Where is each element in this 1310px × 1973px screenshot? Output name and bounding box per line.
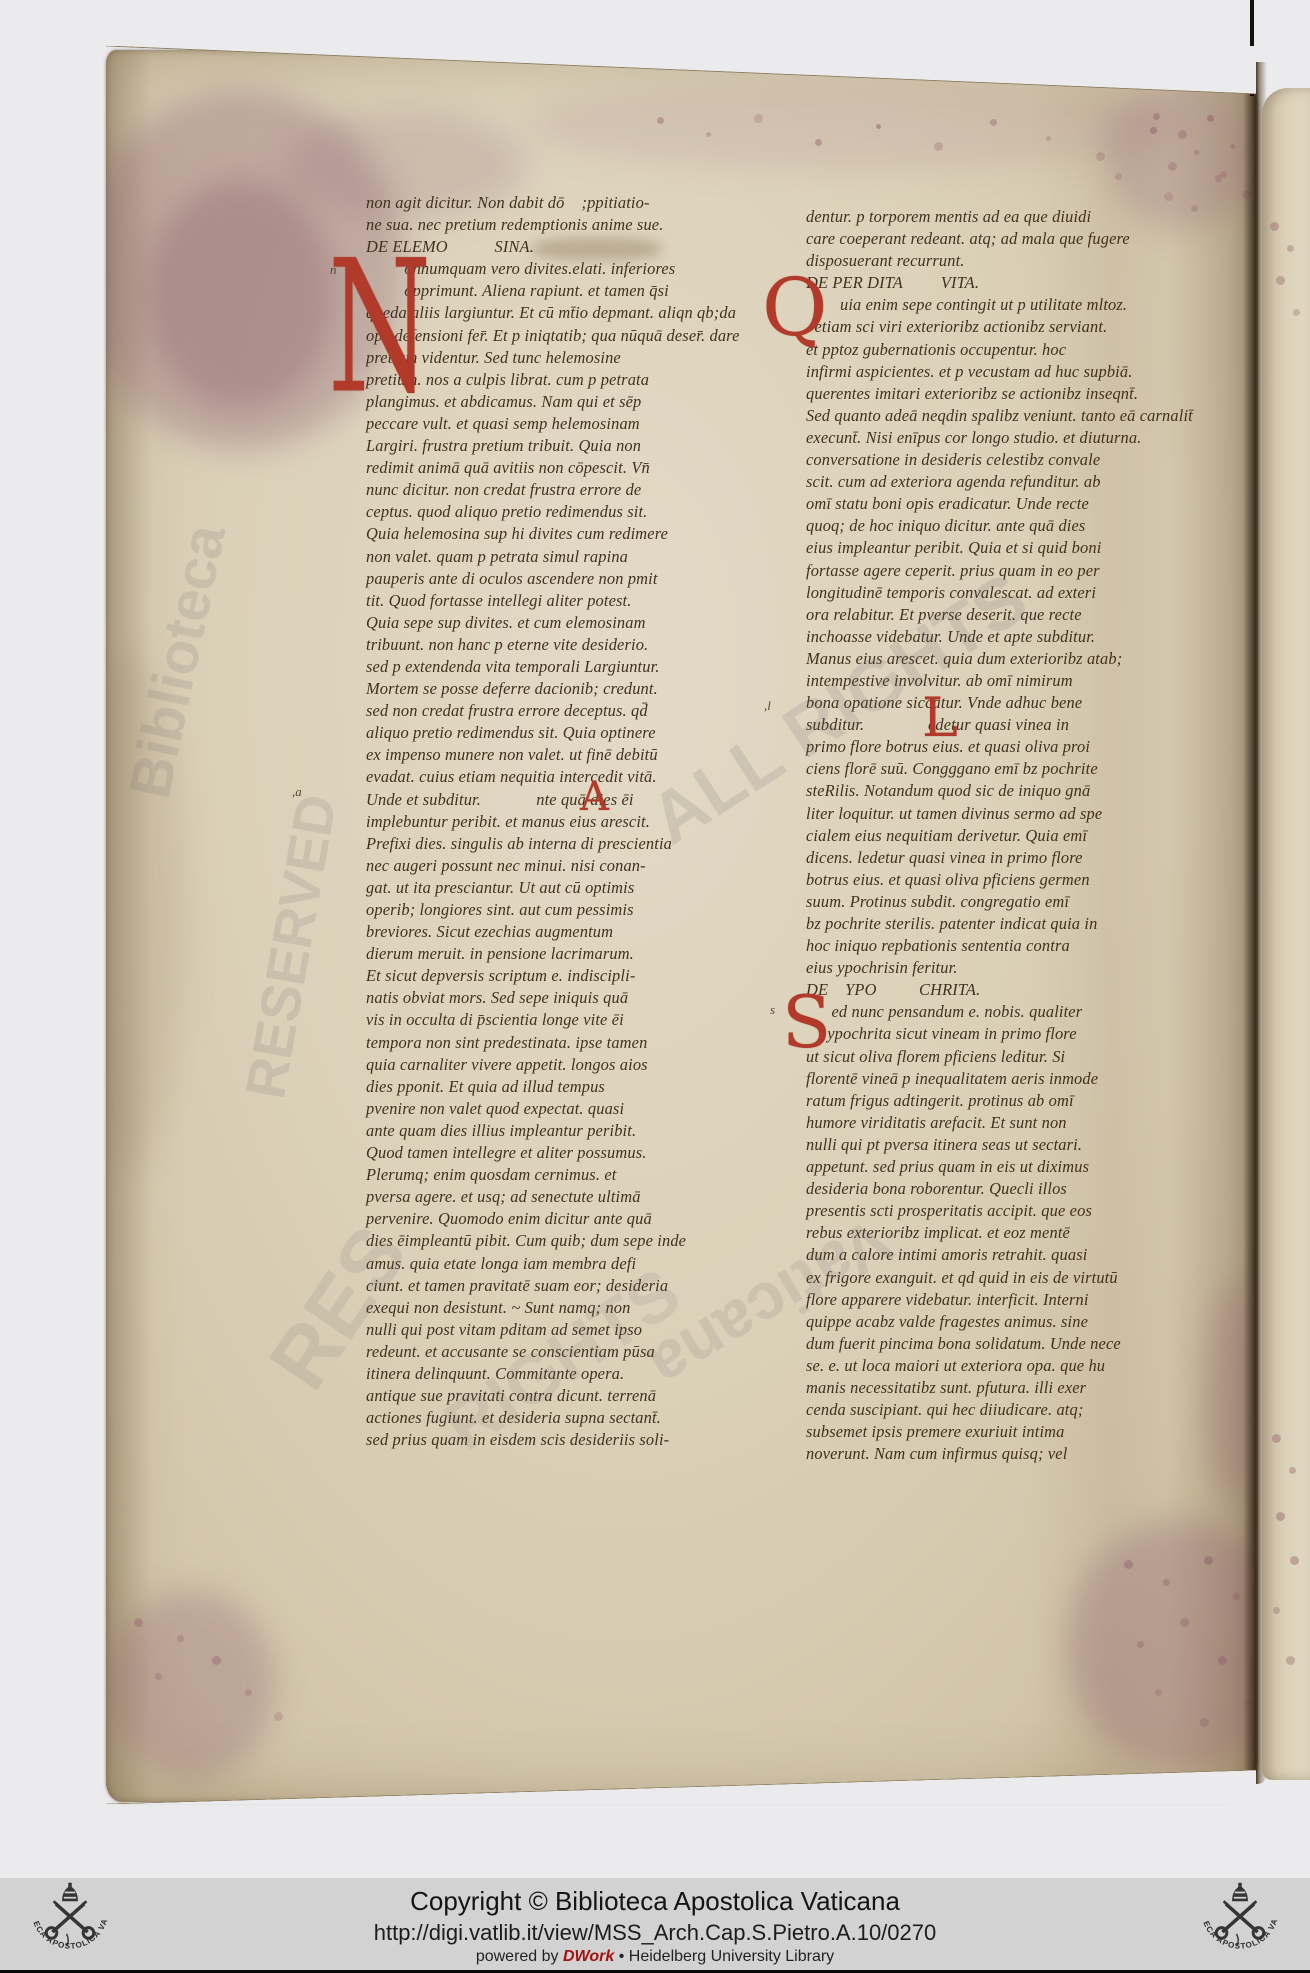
manuscript-text-line: natis obviat mors. Sed sepe iniquis quā xyxy=(366,987,766,1009)
manuscript-text-line: Quia helemosina sup hi divites cum redim… xyxy=(366,523,766,545)
manuscript-text-line: Largiri. frustra pretium tribuit. Quia n… xyxy=(366,435,766,457)
manuscript-text-line: presentis scti prosperitatis accipit. qu… xyxy=(806,1200,1226,1222)
manuscript-page: non agit dicitur. Non dabit dō ;ppitiati… xyxy=(106,50,1258,1802)
manuscript-text-line: longitudinē temporis convalescat. ad ext… xyxy=(806,582,1226,604)
manuscript-text-line: non agit dicitur. Non dabit dō ;ppitiati… xyxy=(366,192,766,214)
manuscript-text-line: conversatione in desideris celestibz con… xyxy=(806,449,1226,471)
manuscript-text-line: dies ēimpleantū pibit. Cum quib; dum sep… xyxy=(366,1230,766,1252)
manuscript-text-line: uia enim sepe contingit ut p utilitate m… xyxy=(806,294,1226,316)
mould-speckles-next-folio-bottom xyxy=(1266,1428,1271,1433)
manuscript-text-line: rebus exterioribz implicat. et eoz mentē xyxy=(806,1222,1226,1244)
manuscript-text-line: tempora non sint predestinata. ipse tame… xyxy=(366,1032,766,1054)
manuscript-text-line: bz pochrite sterilis. patenter indicat q… xyxy=(806,913,1226,935)
powered-suffix: • Heidelberg University Library xyxy=(614,1948,834,1965)
manuscript-text-line: nulli qui pt pversa itinera seas ut sect… xyxy=(806,1134,1226,1156)
manuscript-text-line: ante quam dies illius impleantur peribit… xyxy=(366,1120,766,1142)
drop-cap-A: A xyxy=(580,781,609,813)
manuscript-text-line: Unde et subditur. nte quā dies ēi xyxy=(366,789,766,811)
margin-guide-s: s xyxy=(770,1002,775,1018)
manuscript-text-line: ciunt. et tamen pravitatē suam eor; desi… xyxy=(366,1275,766,1297)
manuscript-text-line: ceptus. quod aliquo pretio redimendus si… xyxy=(366,501,766,523)
manuscript-text-line: nec augeri possunt nec minui. nisi conan… xyxy=(366,855,766,877)
manuscript-text-line: intempestive involvitur. ab omī nimirum xyxy=(806,670,1226,692)
manuscript-text-line: implebuntur peribit. et manus eius aresc… xyxy=(366,811,766,833)
stain-bottom-left xyxy=(106,1590,276,1780)
manuscript-text-line: redimit animā quā avitiis non cōpescit. … xyxy=(366,457,766,479)
crossed-keys-tiara-icon xyxy=(1216,1883,1264,1946)
next-folio-edge xyxy=(1262,88,1310,1780)
crossed-keys-tiara-icon xyxy=(46,1883,94,1946)
margin-guide-n: n xyxy=(330,262,337,278)
manuscript-text-line: scit. cum ad exteriora agenda refunditur… xyxy=(806,471,1226,493)
manuscript-text-line: exequi non desistunt. ~ Sunt namq; non xyxy=(366,1297,766,1319)
manuscript-text-line: Mortem se posse deferre dacionib; credun… xyxy=(366,678,766,700)
manuscript-text-line: pervenire. Quomodo enim dicitur ante quā xyxy=(366,1208,766,1230)
manuscript-text-line: bona opatione siccatur. Vnde adhuc bene xyxy=(806,692,1226,714)
manuscript-text-line: eius impleantur peribit. Quia et si quid… xyxy=(806,537,1226,559)
manuscript-text-line: disposuerant recurrunt. xyxy=(806,250,1226,272)
powered-prefix: powered by xyxy=(476,1948,563,1965)
manuscript-text-line: ex impenso munere non valet. ut finē deb… xyxy=(366,744,766,766)
manuscript-text-line: DE YPO CHRITA. xyxy=(806,979,1226,1001)
manuscript-text-line: dierum meruit. in pensione lacrimarum. xyxy=(366,943,766,965)
manuscript-text-line: quippe acabz valde fragestes animus. sin… xyxy=(806,1311,1226,1333)
manuscript-text-line: execunt̄. Nisi enīpus cor longo studio. … xyxy=(806,427,1226,449)
manuscript-text-line: etiam sci viri exterioribz actionibz ser… xyxy=(806,316,1226,338)
manuscript-text-line: infirmi aspicientes. et p vecustam ad hu… xyxy=(806,361,1226,383)
manuscript-text-line: pvenire non valet quod expectat. quasi xyxy=(366,1098,766,1120)
manuscript-text-line: sed prius quam in eisdem scis desideriis… xyxy=(366,1429,766,1451)
manuscript-text-line: aliquo pretio redimendus sit. Quia optin… xyxy=(366,722,766,744)
manuscript-text-line: dies pponit. Et quia ad illud tempus xyxy=(366,1076,766,1098)
manuscript-text-line: redeunt. et accusante se conscientiam pū… xyxy=(366,1341,766,1363)
manuscript-text-line: dum a calore intimi amoris retrahit. qua… xyxy=(806,1244,1226,1266)
manuscript-text-line: gat. ut ita presciantur. Ut aut cū optim… xyxy=(366,877,766,899)
manuscript-text-line: pauperis ante di oculos ascendere non pm… xyxy=(366,568,766,590)
drop-cap-N: N xyxy=(328,254,431,400)
manuscript-text-line: Plerumq; enim quosdam cernimus. et xyxy=(366,1164,766,1186)
manuscript-text-line: care coeperant redeant. atq; ad mala que… xyxy=(806,228,1226,250)
dwork-brand: DWork xyxy=(563,1948,614,1965)
manuscript-text-line: dentur. p torporem mentis ad ea que diui… xyxy=(806,206,1226,228)
manuscript-text-line: desideria bona roborentur. Quecli illos xyxy=(806,1178,1226,1200)
manuscript-text-line: flore apparere videbatur. interficit. In… xyxy=(806,1289,1226,1311)
manuscript-text-line: amus. quia etate longa iam membra defi xyxy=(366,1253,766,1275)
mould-speckles-top xyxy=(646,110,651,115)
manuscript-text-line: non valet. quam p petrata simul rapina xyxy=(366,546,766,568)
manuscript-text-line: ora relabitur. Et pverse deserit. que re… xyxy=(806,604,1226,626)
stain-left-middle xyxy=(106,650,186,1170)
drop-cap-Q: Q xyxy=(762,276,828,340)
manuscript-text-line: actiones fugiunt. et desideria supna sec… xyxy=(366,1407,766,1429)
manuscript-text-line: botrus eius. et quasi oliva pficiens ger… xyxy=(806,869,1226,891)
manuscript-text-line: quoq; de hoc iniquo dicitur. ante quā di… xyxy=(806,515,1226,537)
manuscript-text-line: dum fuerit pincima bona solidatum. Unde … xyxy=(806,1333,1226,1355)
manuscript-text-line: ex frigore exanguit. et qd quid in eis d… xyxy=(806,1267,1226,1289)
manuscript-text-line: nulli qui post vitam pditam ad semet ips… xyxy=(366,1319,766,1341)
manuscript-text-line: subsemet ipsis premere exuriuit intima xyxy=(806,1421,1226,1443)
drop-cap-L: L xyxy=(922,696,958,739)
stain-top-left-dense xyxy=(146,180,336,410)
manuscript-text-line: pversa agere. et usq; ad senectute ultim… xyxy=(366,1186,766,1208)
manuscript-text-line: manis necessitatibz sunt. pfutura. illi … xyxy=(806,1377,1226,1399)
mould-speckles-next-folio-top xyxy=(1268,218,1273,223)
manuscript-text-line: ypochrita sicut vineam in primo flore xyxy=(806,1023,1226,1045)
manuscript-text-line: ed nunc pensandum e. nobis. qualiter xyxy=(806,1001,1226,1023)
manuscript-text-line: querentes imitari exterioribz se actioni… xyxy=(806,383,1226,405)
manuscript-text-line: Et sicut depversis scriptum e. indiscipl… xyxy=(366,965,766,987)
vatican-library-seal-right: BIBLIOTECA APOSTOLICA VATICANA xyxy=(1196,1881,1284,1969)
stain-bottom-right xyxy=(1066,1520,1258,1770)
manuscript-text-line: noverunt. Nam cum infirmus quisq; vel xyxy=(806,1443,1226,1465)
manuscript-text-line: florentē vineā p inequalitatem aeris inm… xyxy=(806,1068,1226,1090)
manuscript-text-line: quia carnaliter vivere appetit. longos a… xyxy=(366,1054,766,1076)
manuscript-text-line: itinera delinquunt. Commitante opera. xyxy=(366,1363,766,1385)
manuscript-text-line: subditur. edetur quasi vinea in xyxy=(806,714,1226,736)
manuscript-text-line: liter loquitur. ut tamen divinus sermo a… xyxy=(806,803,1226,825)
manuscript-text-line: Prefixi dies. singulis ab interna di pre… xyxy=(366,833,766,855)
manuscript-text-line: omī statu boni opis eradicatur. Unde rec… xyxy=(806,493,1226,515)
mould-speckles-bottom-right xyxy=(1116,1550,1121,1555)
manuscript-text-line: eius ypochrisin feritur. xyxy=(806,957,1226,979)
manuscript-text-line: dicens. ledetur quasi vinea in primo flo… xyxy=(806,847,1226,869)
manuscript-text-line: Quia sepe sup divites. et cum elemosinam xyxy=(366,612,766,634)
manuscript-text-line: ciens florē suū. Congggano emī bz pochri… xyxy=(806,758,1226,780)
manuscript-text-line: cenda suscipiant. qui hec diiudicare. at… xyxy=(806,1399,1226,1421)
manuscript-text-line: vis in occulta di p̄scientia longe vite … xyxy=(366,1009,766,1031)
drop-cap-S: S xyxy=(782,994,831,1052)
manuscript-text-line: et pptoz gubernationis occupentur. hoc xyxy=(806,339,1226,361)
manuscript-text-line: operib; longiores sint. aut cum pessimis xyxy=(366,899,766,921)
manuscript-text-line: evadat. cuius etiam nequitia intercedit … xyxy=(366,766,766,788)
stain-top-band xyxy=(526,80,1186,170)
manuscript-text-line: fortasse agere ceperit. prius quam in eo… xyxy=(806,560,1226,582)
mould-speckles-top-right xyxy=(1146,104,1151,109)
manuscript-text-line: sed non credat frustra errore deceptus. … xyxy=(366,700,766,722)
manuscript-text-line: Manus eius arescet. quia dum exterioribz… xyxy=(806,648,1226,670)
manuscript-text-line: hoc iniquo repbationis sententia contra xyxy=(806,935,1226,957)
manuscript-text-line: ratum frigus adtingerit. protinus ab omī xyxy=(806,1090,1226,1112)
manuscript-text-line: primo flore botrus eius. et quasi oliva … xyxy=(806,736,1226,758)
vatican-library-seal-left: BIBLIOTECA APOSTOLICA VATICANA xyxy=(26,1881,114,1969)
manuscript-text-line: appetunt. sed prius quam in eis ut dixim… xyxy=(806,1156,1226,1178)
manuscript-text-line: ut sicut oliva florem pficiens leditur. … xyxy=(806,1046,1226,1068)
source-url-text: http://digi.vatlib.it/view/MSS_Arch.Cap.… xyxy=(0,1920,1310,1946)
text-column-right: dentur. p torporem mentis ad ea que diui… xyxy=(806,206,1226,1465)
copyright-footer-bar: Copyright © Biblioteca Apostolica Vatica… xyxy=(0,1878,1310,1970)
manuscript-text-line: suum. Protinus subdit. congregatio emī xyxy=(806,891,1226,913)
manuscript-text-line: steRilis. Notandum quod sic de iniquo gn… xyxy=(806,780,1226,802)
margin-guide-l: ,l xyxy=(764,698,771,714)
manuscript-text-line: humore viriditatis arefacit. Et sunt non xyxy=(806,1112,1226,1134)
manuscript-text-line: breviores. Sicut ezechias augmentum xyxy=(366,921,766,943)
manuscript-text-line: inchoasse videbatur. Unde et apte subdit… xyxy=(806,626,1226,648)
manuscript-text-line: se. e. ut loca maiori ut exteriora opa. … xyxy=(806,1355,1226,1377)
manuscript-text-line: nunc dicitur. non credat frustra errore … xyxy=(366,479,766,501)
manuscript-text-line: antique sue pravitati contra dicunt. ter… xyxy=(366,1385,766,1407)
manuscript-text-line: sed p extendenda vita temporali Largiunt… xyxy=(366,656,766,678)
manuscript-text-line: tribuunt. non hanc p eterne vite desider… xyxy=(366,634,766,656)
manuscript-text-line: tit. Quod fortasse intellegi aliter pote… xyxy=(366,590,766,612)
copyright-text: Copyright © Biblioteca Apostolica Vatica… xyxy=(0,1886,1310,1917)
mould-speckles-bottom-left xyxy=(126,1610,131,1615)
manuscript-text-line: Quod tamen intellegre et aliter possumus… xyxy=(366,1142,766,1164)
margin-guide-a: ,a xyxy=(292,784,302,800)
viewer-stage: non agit dicitur. Non dabit dō ;ppitiati… xyxy=(0,0,1310,1973)
binding-cord xyxy=(1250,0,1254,96)
powered-by-text: powered by DWork • Heidelberg University… xyxy=(0,1948,1310,1966)
manuscript-text-line: DE PER DITA VITA. xyxy=(806,272,1226,294)
manuscript-text-line: cialem eius nequitiam derivetur. Quia em… xyxy=(806,825,1226,847)
manuscript-text-line: Sed quanto adeā neqdin spalibz veniunt. … xyxy=(806,405,1226,427)
